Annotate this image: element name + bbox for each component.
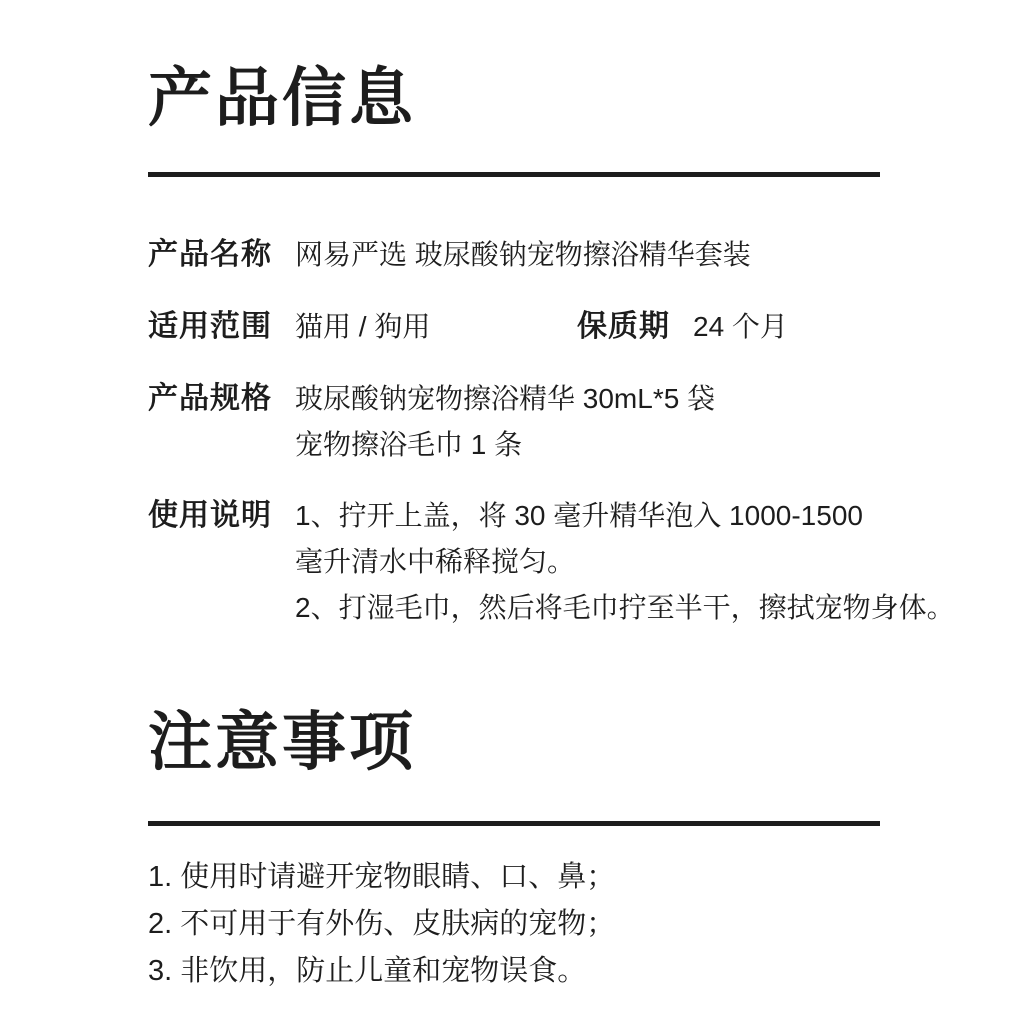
row-product-name: 产品名称 网易严选 玻尿酸钠宠物擦浴精华套装 [148, 232, 751, 278]
usage-line-1: 1、拧开上盖，将 30 毫升精华泡入 1000-1500 [295, 493, 955, 539]
note-item-1: 1. 使用时请避开宠物眼睛、口、鼻； [148, 862, 615, 892]
spec-line-1: 玻尿酸钠宠物擦浴精华 30mL*5 袋 [295, 376, 715, 422]
note-item-2: 2. 不可用于有外伤、皮肤病的宠物； [148, 909, 615, 939]
row-product-spec: 产品规格 玻尿酸钠宠物擦浴精华 30mL*5 袋 宠物擦浴毛巾 1 条 [148, 376, 715, 468]
divider-precautions [148, 821, 880, 826]
usage-line-3: 2、打湿毛巾，然后将毛巾拧至半干，擦拭宠物身体。 [295, 585, 955, 631]
spec-label: 产品规格 [148, 376, 295, 422]
precautions-title: 注意事项 [148, 710, 416, 774]
spec-value: 玻尿酸钠宠物擦浴精华 30mL*5 袋 宠物擦浴毛巾 1 条 [295, 376, 715, 468]
scope-label: 适用范围 [148, 304, 295, 350]
shelf-life-value: 24 个月 [693, 304, 788, 350]
usage-value: 1、拧开上盖，将 30 毫升精华泡入 1000-1500 毫升清水中稀释搅匀。 … [295, 493, 955, 631]
shelf-life-label: 保质期 [577, 304, 670, 350]
divider-product-info [148, 172, 880, 177]
product-info-title: 产品信息 [148, 66, 416, 130]
precautions-list: 1. 使用时请避开宠物眼睛、口、鼻； 2. 不可用于有外伤、皮肤病的宠物； 3.… [148, 862, 615, 1003]
row-scope-shelf-life: 适用范围 猫用 / 狗用 保质期 24 个月 [148, 304, 430, 350]
scope-value: 猫用 / 狗用 [295, 304, 430, 350]
usage-line-2: 毫升清水中稀释搅匀。 [295, 539, 955, 585]
product-name-value: 网易严选 玻尿酸钠宠物擦浴精华套装 [295, 232, 751, 278]
usage-label: 使用说明 [148, 493, 295, 539]
product-name-label: 产品名称 [148, 232, 295, 278]
note-item-3: 3. 非饮用，防止儿童和宠物误食。 [148, 956, 615, 986]
row-usage-instructions: 使用说明 1、拧开上盖，将 30 毫升精华泡入 1000-1500 毫升清水中稀… [148, 493, 955, 631]
spec-line-2: 宠物擦浴毛巾 1 条 [295, 422, 715, 468]
product-info-page: 产品信息 产品名称 网易严选 玻尿酸钠宠物擦浴精华套装 适用范围 猫用 / 狗用… [0, 0, 1024, 1024]
